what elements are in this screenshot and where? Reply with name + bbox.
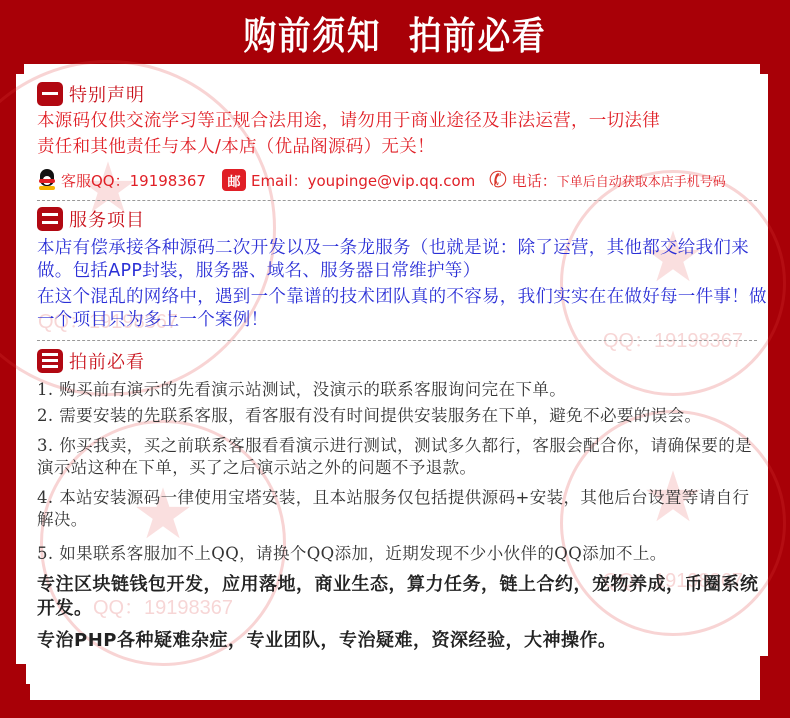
header-title-part1: 购前须知 (244, 14, 382, 58)
notice-item: 1. 购买前有演示的先看演示站测试，没演示的联系客服询问完在下单。 (37, 379, 757, 401)
number-one-badge-icon (37, 82, 63, 106)
section-title: 服务项目 (69, 206, 145, 232)
contact-row: 客服QQ：19198367 邮 Email：youpinge@vip.qq.co… (37, 166, 777, 194)
notice-item: 5. 如果联系客服加不上QQ，请换个QQ添加，近期发现不少小伙伴的QQ添加不上。 (37, 543, 757, 565)
section-special-statement: 特别声明 本源码仅供交流学习等正规合法用途，请勿用于商业途径及非法运营，一切法律… (37, 80, 777, 194)
section-header: 拍前必看 (37, 347, 777, 375)
dashed-divider (37, 340, 757, 341)
highlight-text: 专注区块链钱包开发，应用落地，商业生态，算力任务，链上合约，宠物养成，币圈系统开… (37, 573, 767, 621)
section-must-read: 拍前必看 1. 购买前有演示的先看演示站测试，没演示的联系客服询问完在下单。 2… (37, 347, 777, 653)
services-paragraph: 本店有偿承接各种源码二次开发以及一条龙服务（也就是说：除了运营，其他都交给我们来… (37, 237, 767, 283)
qq-penguin-icon (37, 169, 57, 191)
phone-contact: ✆ 电话： 下单后自动获取本店手机号码 (489, 168, 725, 193)
notice-item: 4. 本站安装源码一律使用宝塔安装，且本站服务仅包括提供源码+安装，其他后台设置… (37, 487, 757, 531)
section-services: 服务项目 本店有偿承接各种源码二次开发以及一条龙服务（也就是说：除了运营，其他都… (37, 205, 777, 332)
services-paragraph: 在这个混乱的网络中，遇到一个靠谱的技术团队真的不容易，我们实实在在做好每一件事！… (37, 286, 767, 332)
main-content: 特别声明 本源码仅供交流学习等正规合法用途，请勿用于商业途径及非法运营，一切法律… (37, 80, 777, 653)
section-title: 特别声明 (69, 81, 145, 107)
disclaimer-text: 本源码仅供交流学习等正规合法用途，请勿用于商业途径及非法运营，一切法律 责任和其… (37, 108, 777, 160)
section-title: 拍前必看 (69, 348, 145, 374)
mail-icon: 邮 (222, 169, 246, 191)
header-title: 购前须知拍前必看 (244, 5, 547, 60)
email-contact[interactable]: 邮 Email：youpinge@vip.qq.com (222, 169, 475, 191)
notice-item: 3. 你买我卖，买之前联系客服看看演示进行测试，测试多久都行，客服会配合你，请确… (37, 435, 757, 479)
number-two-badge-icon (37, 207, 63, 231)
header-title-part2: 拍前必看 (409, 14, 547, 58)
section-header: 服务项目 (37, 205, 777, 233)
page-header: 购前须知拍前必看 (0, 0, 790, 64)
dashed-divider (37, 200, 757, 201)
notice-item: 2. 需要安装的先联系客服，看客服有没有时间提供安装服务在下单，避免不必要的误会… (37, 405, 757, 427)
number-three-badge-icon (37, 349, 63, 373)
phone-icon: ✆ (487, 166, 509, 194)
qq-contact[interactable]: 客服QQ：19198367 (37, 169, 206, 191)
section-header: 特别声明 (37, 80, 777, 108)
highlight-text: 专治PHP各种疑难杂症，专业团队，专治疑难，资深经验，大神操作。 (37, 629, 767, 653)
